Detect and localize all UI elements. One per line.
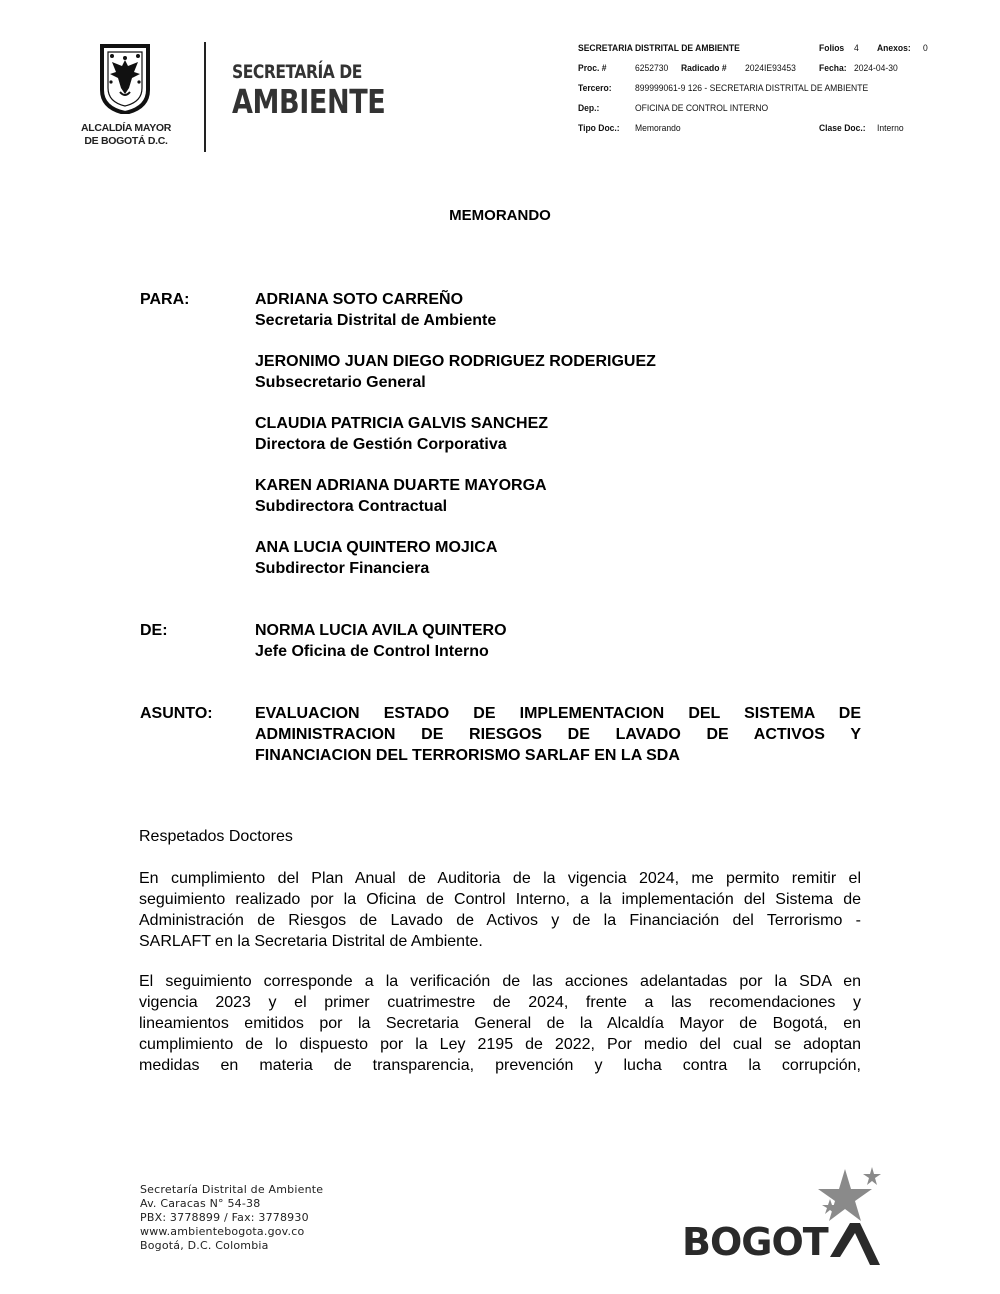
recipient-role: Directora de Gestión Corporativa (255, 434, 548, 455)
asunto-line: ADMINISTRACION DE RIESGOS DE LAVADO DE A… (255, 724, 861, 745)
paragraph-line: Administración de Riesgos de Lavado de A… (139, 910, 861, 931)
recipient-block: CLAUDIA PATRICIA GALVIS SANCHEZ Director… (255, 413, 548, 455)
alcaldia-caption-line: ALCALDÍA MAYOR (80, 122, 172, 135)
paragraph-line: seguimiento realizado por la Oficina de … (139, 889, 861, 910)
de-label: DE: (140, 620, 168, 641)
big-star-icon (818, 1169, 872, 1221)
paragraph-line: El seguimiento corresponde a la verifica… (139, 971, 861, 992)
clase-doc-value: Interno (877, 122, 904, 136)
small-star-icon (863, 1167, 881, 1185)
recipient-name: KAREN ADRIANA DUARTE MAYORGA (255, 475, 547, 496)
alcaldia-caption: ALCALDÍA MAYOR DE BOGOTÁ D.C. (80, 122, 172, 148)
paragraph-line: cumplimiento de lo dispuesto por la Ley … (139, 1034, 861, 1055)
fecha-label: Fecha: (819, 62, 847, 76)
recipient-role: Subdirectora Contractual (255, 496, 547, 517)
folios-label: Folios (819, 42, 844, 56)
secretaria-logo-line: AMBIENTE (232, 84, 385, 120)
recipient-block: ANA LUCIA QUINTERO MOJICA Subdirector Fi… (255, 537, 497, 579)
recipient-role: Subdirector Financiera (255, 558, 497, 579)
tipo-doc-label: Tipo Doc.: (578, 122, 620, 136)
proc-value: 6252730 (635, 62, 668, 76)
secretaria-logo-line: SECRETARÍA DE (232, 60, 385, 84)
dep-label: Dep.: (578, 102, 599, 116)
fecha-value: 2024-04-30 (854, 62, 898, 76)
recipient-block: ADRIANA SOTO CARREÑO Secretaria Distrita… (255, 289, 496, 331)
bogota-coat-of-arms-icon (98, 42, 152, 114)
recipient-role: Secretaria Distrital de Ambiente (255, 310, 496, 331)
paragraph-line: vigencia 2023 y el primer cuatrimestre d… (139, 992, 861, 1013)
tercero-label: Tercero: (578, 82, 612, 96)
tercero-value: 899999061-9 126 - SECRETARIA DISTRITAL D… (635, 82, 868, 96)
alcaldia-caption-line: DE BOGOTÁ D.C. (80, 135, 172, 148)
secretaria-ambiente-logo: SECRETARÍA DE AMBIENTE (232, 60, 419, 120)
asunto-label: ASUNTO: (140, 703, 213, 724)
recipient-name: JERONIMO JUAN DIEGO RODRIGUEZ RODERIGUEZ (255, 351, 656, 372)
sender-block: NORMA LUCIA AVILA QUINTERO Jefe Oficina … (255, 620, 507, 662)
para-label: PARA: (140, 289, 189, 310)
radicado-value: 2024IE93453 (745, 62, 796, 76)
sender-role: Jefe Oficina de Control Interno (255, 641, 507, 662)
memo-title: MEMORANDO (0, 207, 1000, 224)
paragraph-line: medidas en materia de transparencia, pre… (139, 1055, 861, 1076)
asunto-line: EVALUACION ESTADO DE IMPLEMENTACION DEL … (255, 703, 861, 724)
address-line: PBX: 3778899 / Fax: 3778930 (140, 1211, 323, 1225)
anexos-value: 0 (923, 42, 928, 56)
paragraph-2: El seguimiento corresponde a la verifica… (139, 971, 861, 1076)
paragraph-1: En cumplimiento del Plan Anual de Audito… (139, 868, 861, 952)
recipient-name: ADRIANA SOTO CARREÑO (255, 289, 496, 310)
header-divider (204, 42, 206, 152)
paragraph-line: SARLAFT en la Secretaria Distrital de Am… (139, 931, 861, 952)
asunto-line: FINANCIACION DEL TERRORISMO SARLAF EN LA… (255, 745, 861, 766)
dep-value: OFICINA DE CONTROL INTERNO (635, 102, 768, 116)
tipo-doc-value: Memorando (635, 122, 681, 136)
address-line: Bogotá, D.C. Colombia (140, 1239, 323, 1253)
sender-name: NORMA LUCIA AVILA QUINTERO (255, 620, 507, 641)
recipient-name: CLAUDIA PATRICIA GALVIS SANCHEZ (255, 413, 548, 434)
salutation: Respetados Doctores (139, 826, 861, 847)
clase-doc-label: Clase Doc.: (819, 122, 866, 136)
recipient-name: ANA LUCIA QUINTERO MOJICA (255, 537, 497, 558)
address-line: Av. Caracas N° 54-38 (140, 1197, 323, 1211)
paragraph-line: En cumplimiento del Plan Anual de Audito… (139, 868, 861, 889)
recipient-block: JERONIMO JUAN DIEGO RODRIGUEZ RODERIGUEZ… (255, 351, 656, 393)
address-line: www.ambientebogota.gov.co (140, 1225, 323, 1239)
radicado-label: Radicado # (681, 62, 727, 76)
anexos-label: Anexos: (877, 42, 911, 56)
proc-label: Proc. # (578, 62, 607, 76)
folios-value: 4 (854, 42, 859, 56)
radicado-stamp: SECRETARIA DISTRITAL DE AMBIENTE Folios … (578, 42, 948, 142)
footer-address: Secretaría Distrital de Ambiente Av. Car… (140, 1183, 323, 1253)
asunto-text: EVALUACION ESTADO DE IMPLEMENTACION DEL … (255, 703, 861, 766)
paragraph-line: lineamientos emitidos por la Secretaria … (139, 1013, 861, 1034)
address-line: Secretaría Distrital de Ambiente (140, 1183, 323, 1197)
stamp-entity: SECRETARIA DISTRITAL DE AMBIENTE (578, 42, 740, 56)
recipient-block: KAREN ADRIANA DUARTE MAYORGA Subdirector… (255, 475, 547, 517)
recipient-role: Subsecretario General (255, 372, 656, 393)
bogota-wordmark: BOGOT (682, 1220, 829, 1264)
bogota-brand-logo: BOGOT (680, 1165, 885, 1270)
